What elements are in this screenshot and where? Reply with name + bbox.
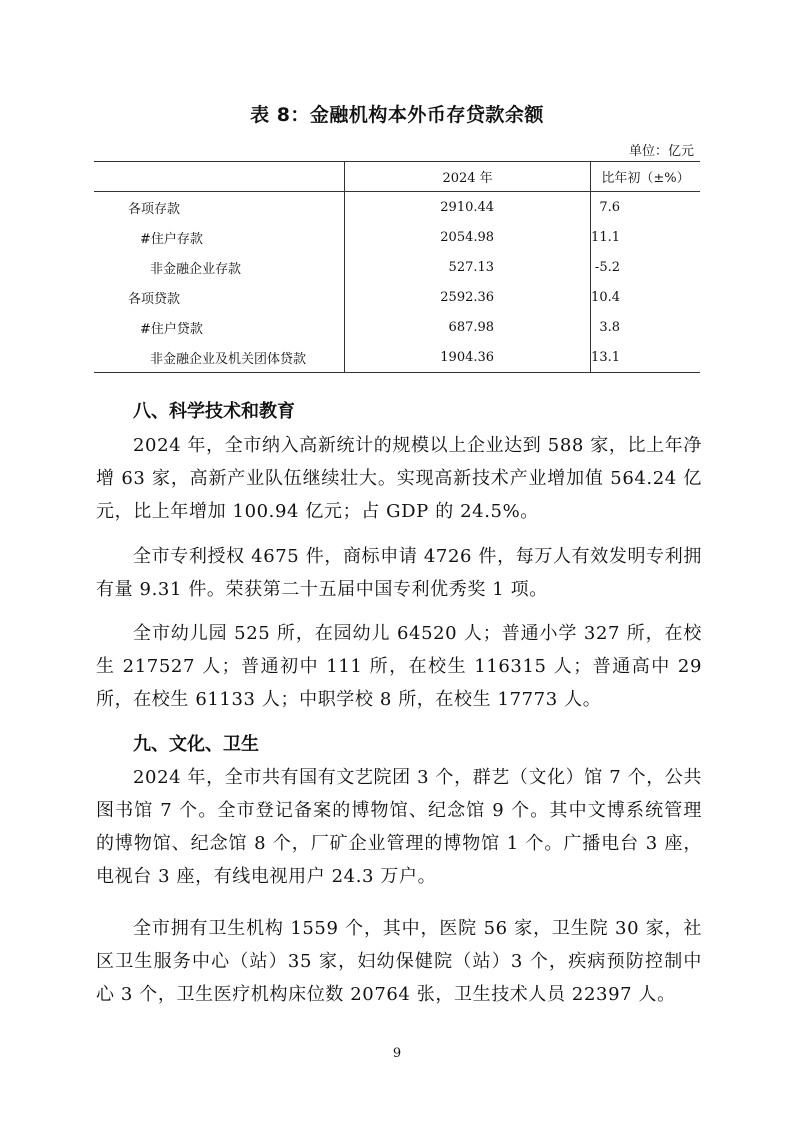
table-header-row: 2024 年 比年初（±%） (94, 162, 700, 192)
row-value: 2054.98 (345, 222, 591, 252)
row-change: 11.1 (591, 222, 700, 252)
paragraph-health: 全市拥有卫生机构 1559 个，其中，医院 56 家，卫生院 30 家，社区卫生… (96, 912, 702, 1011)
table-row: #住户存款 2054.98 11.1 (94, 222, 700, 252)
document-page: 表 8：金融机构本外币存贷款余额 单位：亿元 2024 年 比年初（±%） 各项… (0, 0, 794, 1123)
section-heading-science-education: 八、科学技术和教育 (133, 397, 295, 423)
paragraph-culture: 2024 年，全市共有国有文艺院团 3 个，群艺（文化）馆 7 个，公共图书馆 … (96, 761, 702, 893)
row-label: 非金融企业存款 (94, 252, 345, 282)
row-label: 各项贷款 (94, 282, 345, 312)
page-number: 9 (0, 1046, 794, 1061)
deposit-loan-table: 2024 年 比年初（±%） 各项存款 2910.44 7.6 #住户存款 20… (94, 161, 700, 373)
row-label: 各项存款 (94, 192, 345, 223)
table-row: #住户贷款 687.98 3.8 (94, 312, 700, 342)
row-value: 1904.36 (345, 342, 591, 373)
header-cell-year: 2024 年 (345, 162, 591, 192)
header-cell-label (94, 162, 345, 192)
table-unit-label: 单位：亿元 (629, 140, 694, 159)
row-label: 非金融企业及机关团体贷款 (94, 342, 345, 373)
row-label: #住户存款 (94, 222, 345, 252)
table-row: 非金融企业及机关团体贷款 1904.36 13.1 (94, 342, 700, 373)
row-label: #住户贷款 (94, 312, 345, 342)
row-change: 3.8 (591, 312, 700, 342)
row-value: 2910.44 (345, 192, 591, 223)
row-value: 687.98 (345, 312, 591, 342)
row-change: -5.2 (591, 252, 700, 282)
table-row: 各项存款 2910.44 7.6 (94, 192, 700, 223)
table-row: 各项贷款 2592.36 10.4 (94, 282, 700, 312)
row-change: 7.6 (591, 192, 700, 223)
table-row: 非金融企业存款 527.13 -5.2 (94, 252, 700, 282)
table-title: 表 8：金融机构本外币存贷款余额 (0, 100, 794, 127)
row-change: 10.4 (591, 282, 700, 312)
row-change: 13.1 (591, 342, 700, 373)
paragraph-schools: 全市幼儿园 525 所，在园幼儿 64520 人；普通小学 327 所，在校生 … (96, 617, 702, 716)
paragraph-hightech: 2024 年，全市纳入高新统计的规模以上企业达到 588 家，比上年净增 63 … (96, 429, 702, 528)
row-value: 527.13 (345, 252, 591, 282)
row-value: 2592.36 (345, 282, 591, 312)
paragraph-patents: 全市专利授权 4675 件，商标申请 4726 件，每万人有效发明专利拥有量 9… (96, 540, 702, 606)
section-heading-culture-health: 九、文化、卫生 (133, 730, 259, 756)
header-cell-change: 比年初（±%） (591, 162, 700, 192)
